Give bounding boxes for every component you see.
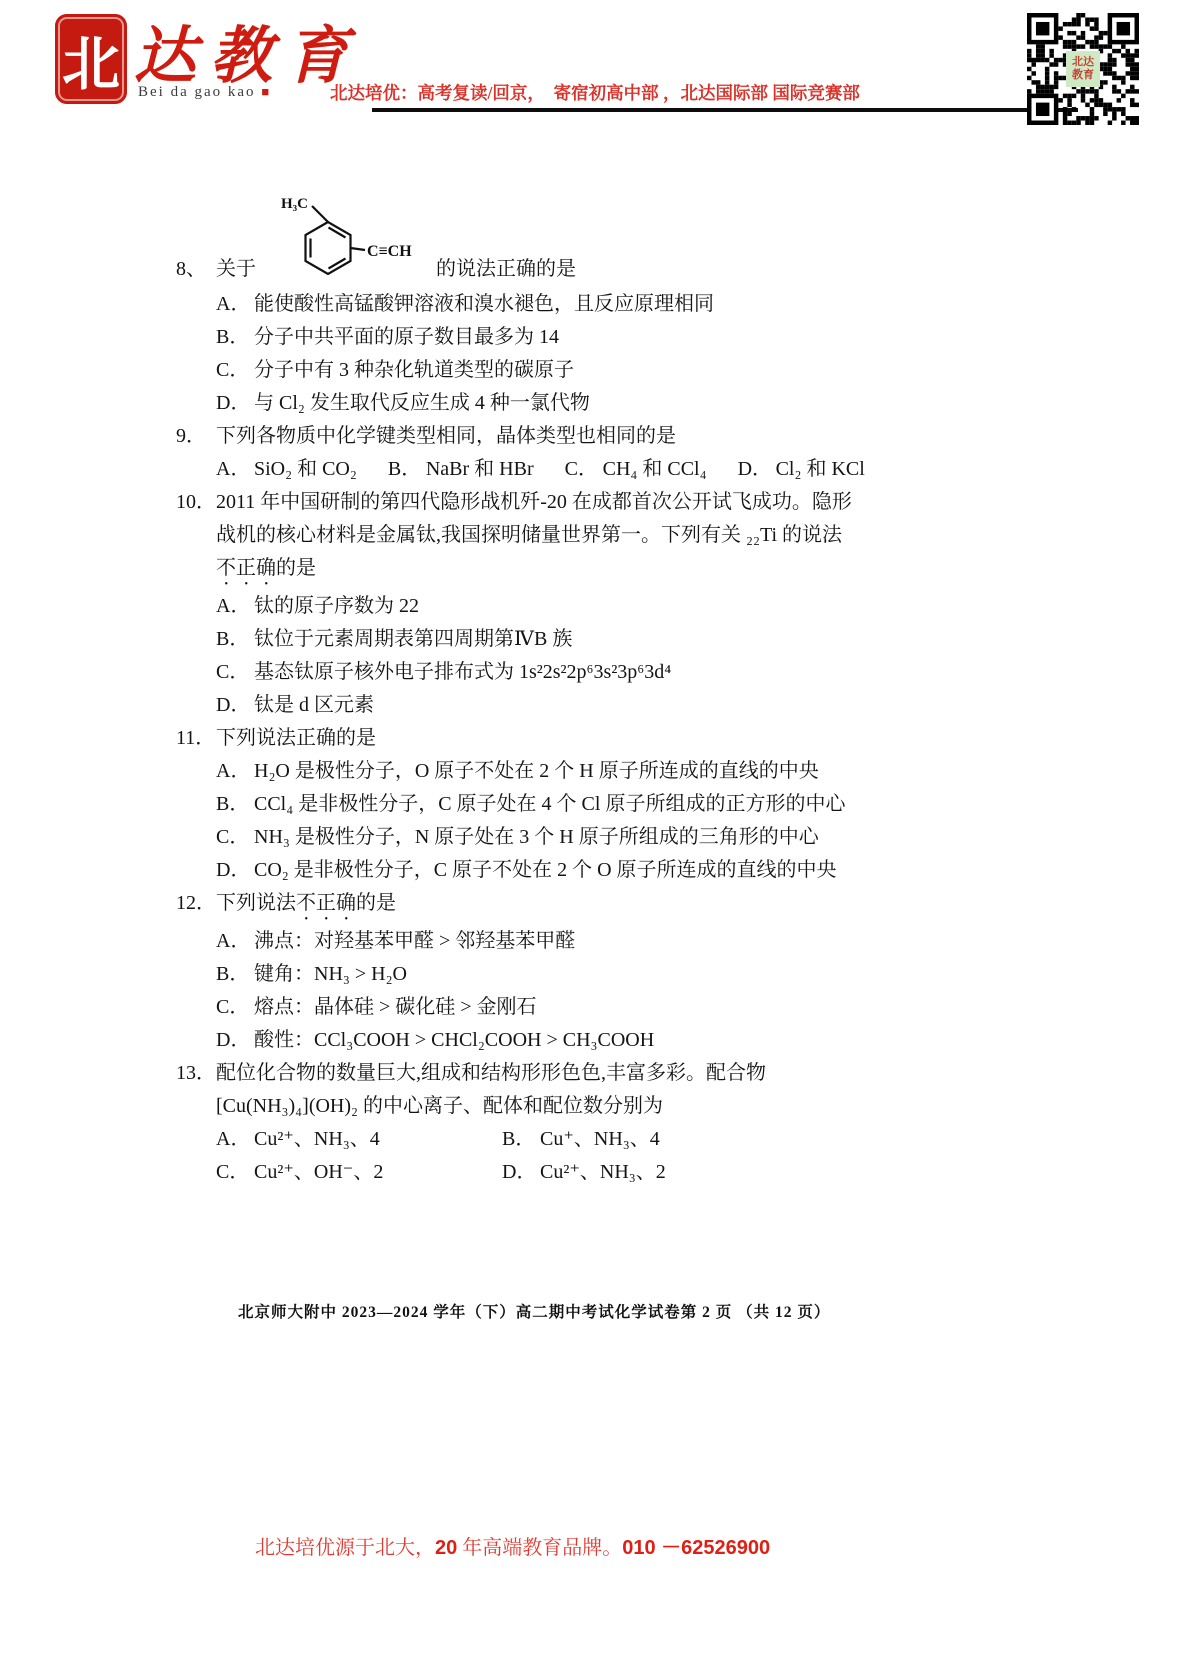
question-number: 8、 bbox=[176, 253, 216, 286]
question-number: 10． bbox=[176, 486, 216, 519]
question-list: 8、关于 H₃C C≡CH 的说法正确的是 A．能使酸性高锰酸钾 bbox=[176, 192, 906, 1189]
question-number: 11． bbox=[176, 722, 216, 755]
methyl-label: H₃C bbox=[281, 196, 308, 212]
option-c: C．CH₄ 和 CCl₄ bbox=[565, 458, 707, 480]
emphasized-text: 不正确 bbox=[216, 557, 276, 579]
logo-seal: 北 bbox=[55, 14, 127, 104]
option-c: C．基态钛原子核外电子排布式为 1s²2s²2p⁶3s²3p⁶3d⁴ bbox=[216, 656, 906, 689]
question-9-stem: 9．下列各物质中化学键类型相同，晶体类型也相同的是 bbox=[176, 420, 906, 453]
qr-code: 北达教育 bbox=[1027, 13, 1139, 125]
question-number: 13． bbox=[176, 1057, 216, 1090]
option-d: D．与 Cl₂ 发生取代反应生成 4 种一氯代物 bbox=[216, 387, 906, 420]
question-13-stem: 13．配位化合物的数量巨大,组成和结构形形色色,丰富多彩。配合物 bbox=[176, 1057, 906, 1090]
question-9: 9．下列各物质中化学键类型相同，晶体类型也相同的是 A．SiO₂ 和 CO₂ B… bbox=[176, 420, 906, 486]
brand-title: 达教育 bbox=[134, 6, 362, 95]
promo-footer: 北达培优源于北大，20 年高端教育品牌。010 －62526900 bbox=[255, 1531, 770, 1560]
option-a: A．钛的原子序数为 22 bbox=[216, 590, 906, 623]
question-number: 9． bbox=[176, 420, 216, 453]
question-10-stem: 10．2011 年中国研制的第四代隐形战机歼-20 在成都首次公开试飞成功。隐形 bbox=[176, 486, 906, 519]
question-13: 13．配位化合物的数量巨大,组成和结构形形色色,丰富多彩。配合物 [Cu(NH₃… bbox=[176, 1057, 906, 1189]
option-b: B．键角：NH₃ > H₂O bbox=[216, 958, 906, 991]
option-b: B．NaBr 和 HBr bbox=[388, 458, 534, 480]
option-c: C．熔点：晶体硅 > 碳化硅 > 金刚石 bbox=[216, 991, 906, 1024]
exam-page: 北 达教育 Bei da gao kao ■ 北达培优：高考复读/回京， 寄宿初… bbox=[0, 0, 1181, 1654]
molecule-structure-image: H₃C C≡CH bbox=[262, 192, 430, 288]
header-divider bbox=[372, 108, 1078, 112]
option-d: D．CO₂ 是非极性分子，C 原子不处在 2 个 O 原子所连成的直线的中央 bbox=[216, 854, 906, 887]
question-9-options: A．SiO₂ 和 CO₂ B．NaBr 和 HBr C．CH₄ 和 CCl₄ D… bbox=[176, 453, 906, 486]
logo-seal-char: 北 bbox=[62, 17, 120, 101]
question-12: 12．下列说法不正确的是 A．沸点：对羟基苯甲醛 > 邻羟基苯甲醛 B．键角：N… bbox=[176, 887, 906, 1057]
option-d: D．酸性：CCl₃COOH > CHCl₂COOH > CH₃COOH bbox=[216, 1024, 906, 1057]
option-b: B．钛位于元素周期表第四周期第ⅣB 族 bbox=[216, 623, 906, 656]
option-c: C．分子中有 3 种杂化轨道类型的碳原子 bbox=[216, 354, 906, 387]
option-a: A．Cu²⁺、NH₃、4 bbox=[216, 1123, 502, 1156]
option-d: D．钛是 d 区元素 bbox=[216, 689, 906, 722]
question-8-stem: 8、关于 H₃C C≡CH 的说法正确的是 bbox=[176, 192, 906, 288]
option-c: C．Cu²⁺、OH⁻、2 bbox=[216, 1156, 502, 1189]
qr-center-label: 北达教育 bbox=[1066, 51, 1100, 87]
option-d: D．Cl₂ 和 KCl bbox=[738, 458, 865, 480]
page-number-footer: 北京师大附中 2023—2024 学年（下）高二期中考试化学试卷第 2 页 （共… bbox=[238, 1300, 830, 1322]
header-banner-text: 北达培优：高考复读/回京， 寄宿初高中部 ，北达国际部 国际竞赛部 bbox=[330, 80, 860, 105]
option-a: A．能使酸性高锰酸钾溶液和溴水褪色，且反应原理相同 bbox=[216, 288, 906, 321]
option-d: D．Cu²⁺、NH₃、2 bbox=[502, 1156, 906, 1189]
question-number: 12． bbox=[176, 887, 216, 920]
question-10: 10．2011 年中国研制的第四代隐形战机歼-20 在成都首次公开试飞成功。隐形… bbox=[176, 486, 906, 722]
emphasized-text: 不正确 bbox=[296, 892, 356, 914]
option-a: A．沸点：对羟基苯甲醛 > 邻羟基苯甲醛 bbox=[216, 925, 906, 958]
option-a: A．H₂O 是极性分子，O 原子不处在 2 个 H 原子所连成的直线的中央 bbox=[216, 755, 906, 788]
option-b: B．Cu⁺、NH₃、4 bbox=[502, 1123, 906, 1156]
option-a: A．SiO₂ 和 CO₂ bbox=[216, 458, 357, 480]
option-c: C．NH₃ 是极性分子，N 原子处在 3 个 H 原子所组成的三角形的中心 bbox=[216, 821, 906, 854]
question-8: 8、关于 H₃C C≡CH 的说法正确的是 A．能使酸性高锰酸钾 bbox=[176, 192, 906, 420]
ethynyl-label: C≡CH bbox=[367, 243, 412, 260]
tagline-bullet-icon: ■ bbox=[261, 84, 269, 99]
question-12-stem: 12．下列说法不正确的是 bbox=[176, 887, 906, 925]
option-b: B．CCl₄ 是非极性分子，C 原子处在 4 个 Cl 原子所组成的正方形的中心 bbox=[216, 788, 906, 821]
question-11-stem: 11．下列说法正确的是 bbox=[176, 722, 906, 755]
brand-tagline: Bei da gao kao ■ bbox=[138, 84, 269, 101]
option-b: B．分子中共平面的原子数目最多为 14 bbox=[216, 321, 906, 354]
question-13-options: A．Cu²⁺、NH₃、4 B．Cu⁺、NH₃、4 C．Cu²⁺、OH⁻、2 D．… bbox=[176, 1123, 906, 1189]
question-11: 11．下列说法正确的是 A．H₂O 是极性分子，O 原子不处在 2 个 H 原子… bbox=[176, 722, 906, 887]
